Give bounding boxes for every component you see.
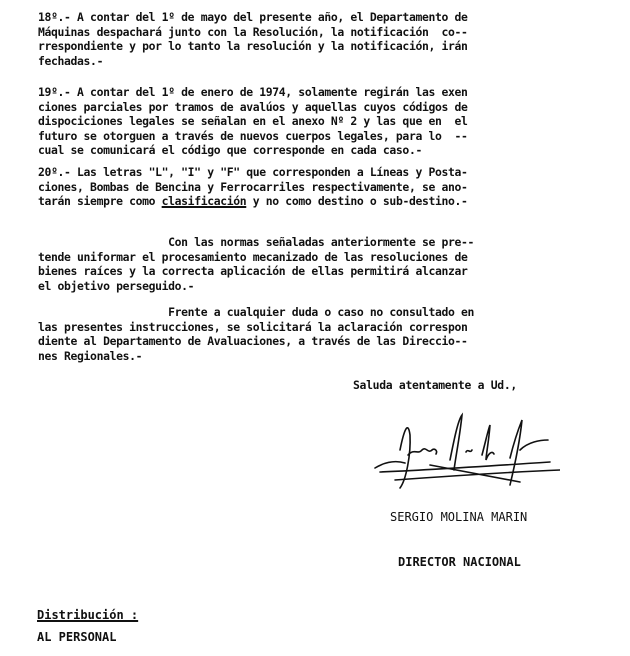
text-line: 20º.- Las letras "L", "I" y "F" que corr… <box>38 165 618 180</box>
paragraph-20: 20º.- Las letras "L", "I" y "F" que corr… <box>38 165 618 209</box>
signer-title: DIRECTOR NACIONAL <box>390 555 527 570</box>
text-line: bienes raíces y la correcta aplicación d… <box>38 264 618 279</box>
text-line: ciones parciales por tramos de avalúos y… <box>38 100 618 115</box>
paragraph-19: 19º.- A contar del 1º de enero de 1974, … <box>38 85 618 158</box>
text-line: tende uniformar el procesamiento mecaniz… <box>38 250 618 265</box>
text-line: dispociciones legales se señalan en el a… <box>38 114 618 129</box>
signer-name: SERGIO MOLINA MARIN <box>390 510 527 525</box>
text-line: tarán siempre como clasificación y no co… <box>38 194 618 209</box>
paragraph-norms: Con las normas señaladas anteriormente s… <box>38 235 618 293</box>
text-line: futuro se otorguen a través de nuevos cu… <box>38 129 618 144</box>
text-line: el objetivo perseguido.- <box>38 279 618 294</box>
text-line: cual se comunicará el código que corresp… <box>38 143 618 158</box>
text-line: 19º.- A contar del 1º de enero de 1974, … <box>38 85 618 100</box>
paragraph-frente: Frente a cualquier duda o caso no consul… <box>38 305 618 363</box>
distribution-label: Distribución : <box>37 608 138 622</box>
text-line: diente al Departamento de Avaluaciones, … <box>38 334 618 349</box>
text-segment: tarán siempre como <box>38 194 162 208</box>
text-line: nes Regionales.- <box>38 349 618 364</box>
signer-block: SERGIO MOLINA MARIN DIRECTOR NACIONAL <box>390 480 527 600</box>
paragraph-18: 18º.- A contar del 1º de mayo del presen… <box>38 10 618 68</box>
text-line: 18º.- A contar del 1º de mayo del presen… <box>38 10 618 25</box>
document-page: 18º.- A contar del 1º de mayo del presen… <box>0 0 630 656</box>
closing-salutation: Saluda atentamente a Ud., <box>353 378 517 392</box>
text-line: Frente a cualquier duda o caso no consul… <box>38 305 618 320</box>
underlined-term: clasificación <box>162 194 247 208</box>
text-line: las presentes instrucciones, se solicita… <box>38 320 618 335</box>
distribution-recipient: AL PERSONAL <box>37 630 116 644</box>
text-line: fechadas.- <box>38 54 618 69</box>
text-segment: y no como destino o sub-destino.- <box>246 194 467 208</box>
signature-icon <box>370 410 560 490</box>
text-line: rrespondiente y por lo tanto la resoluci… <box>38 39 618 54</box>
text-line: Con las normas señaladas anteriormente s… <box>38 235 618 250</box>
text-line: Máquinas despachará junto con la Resoluc… <box>38 25 618 40</box>
text-line: ciones, Bombas de Bencina y Ferrocarrile… <box>38 180 618 195</box>
